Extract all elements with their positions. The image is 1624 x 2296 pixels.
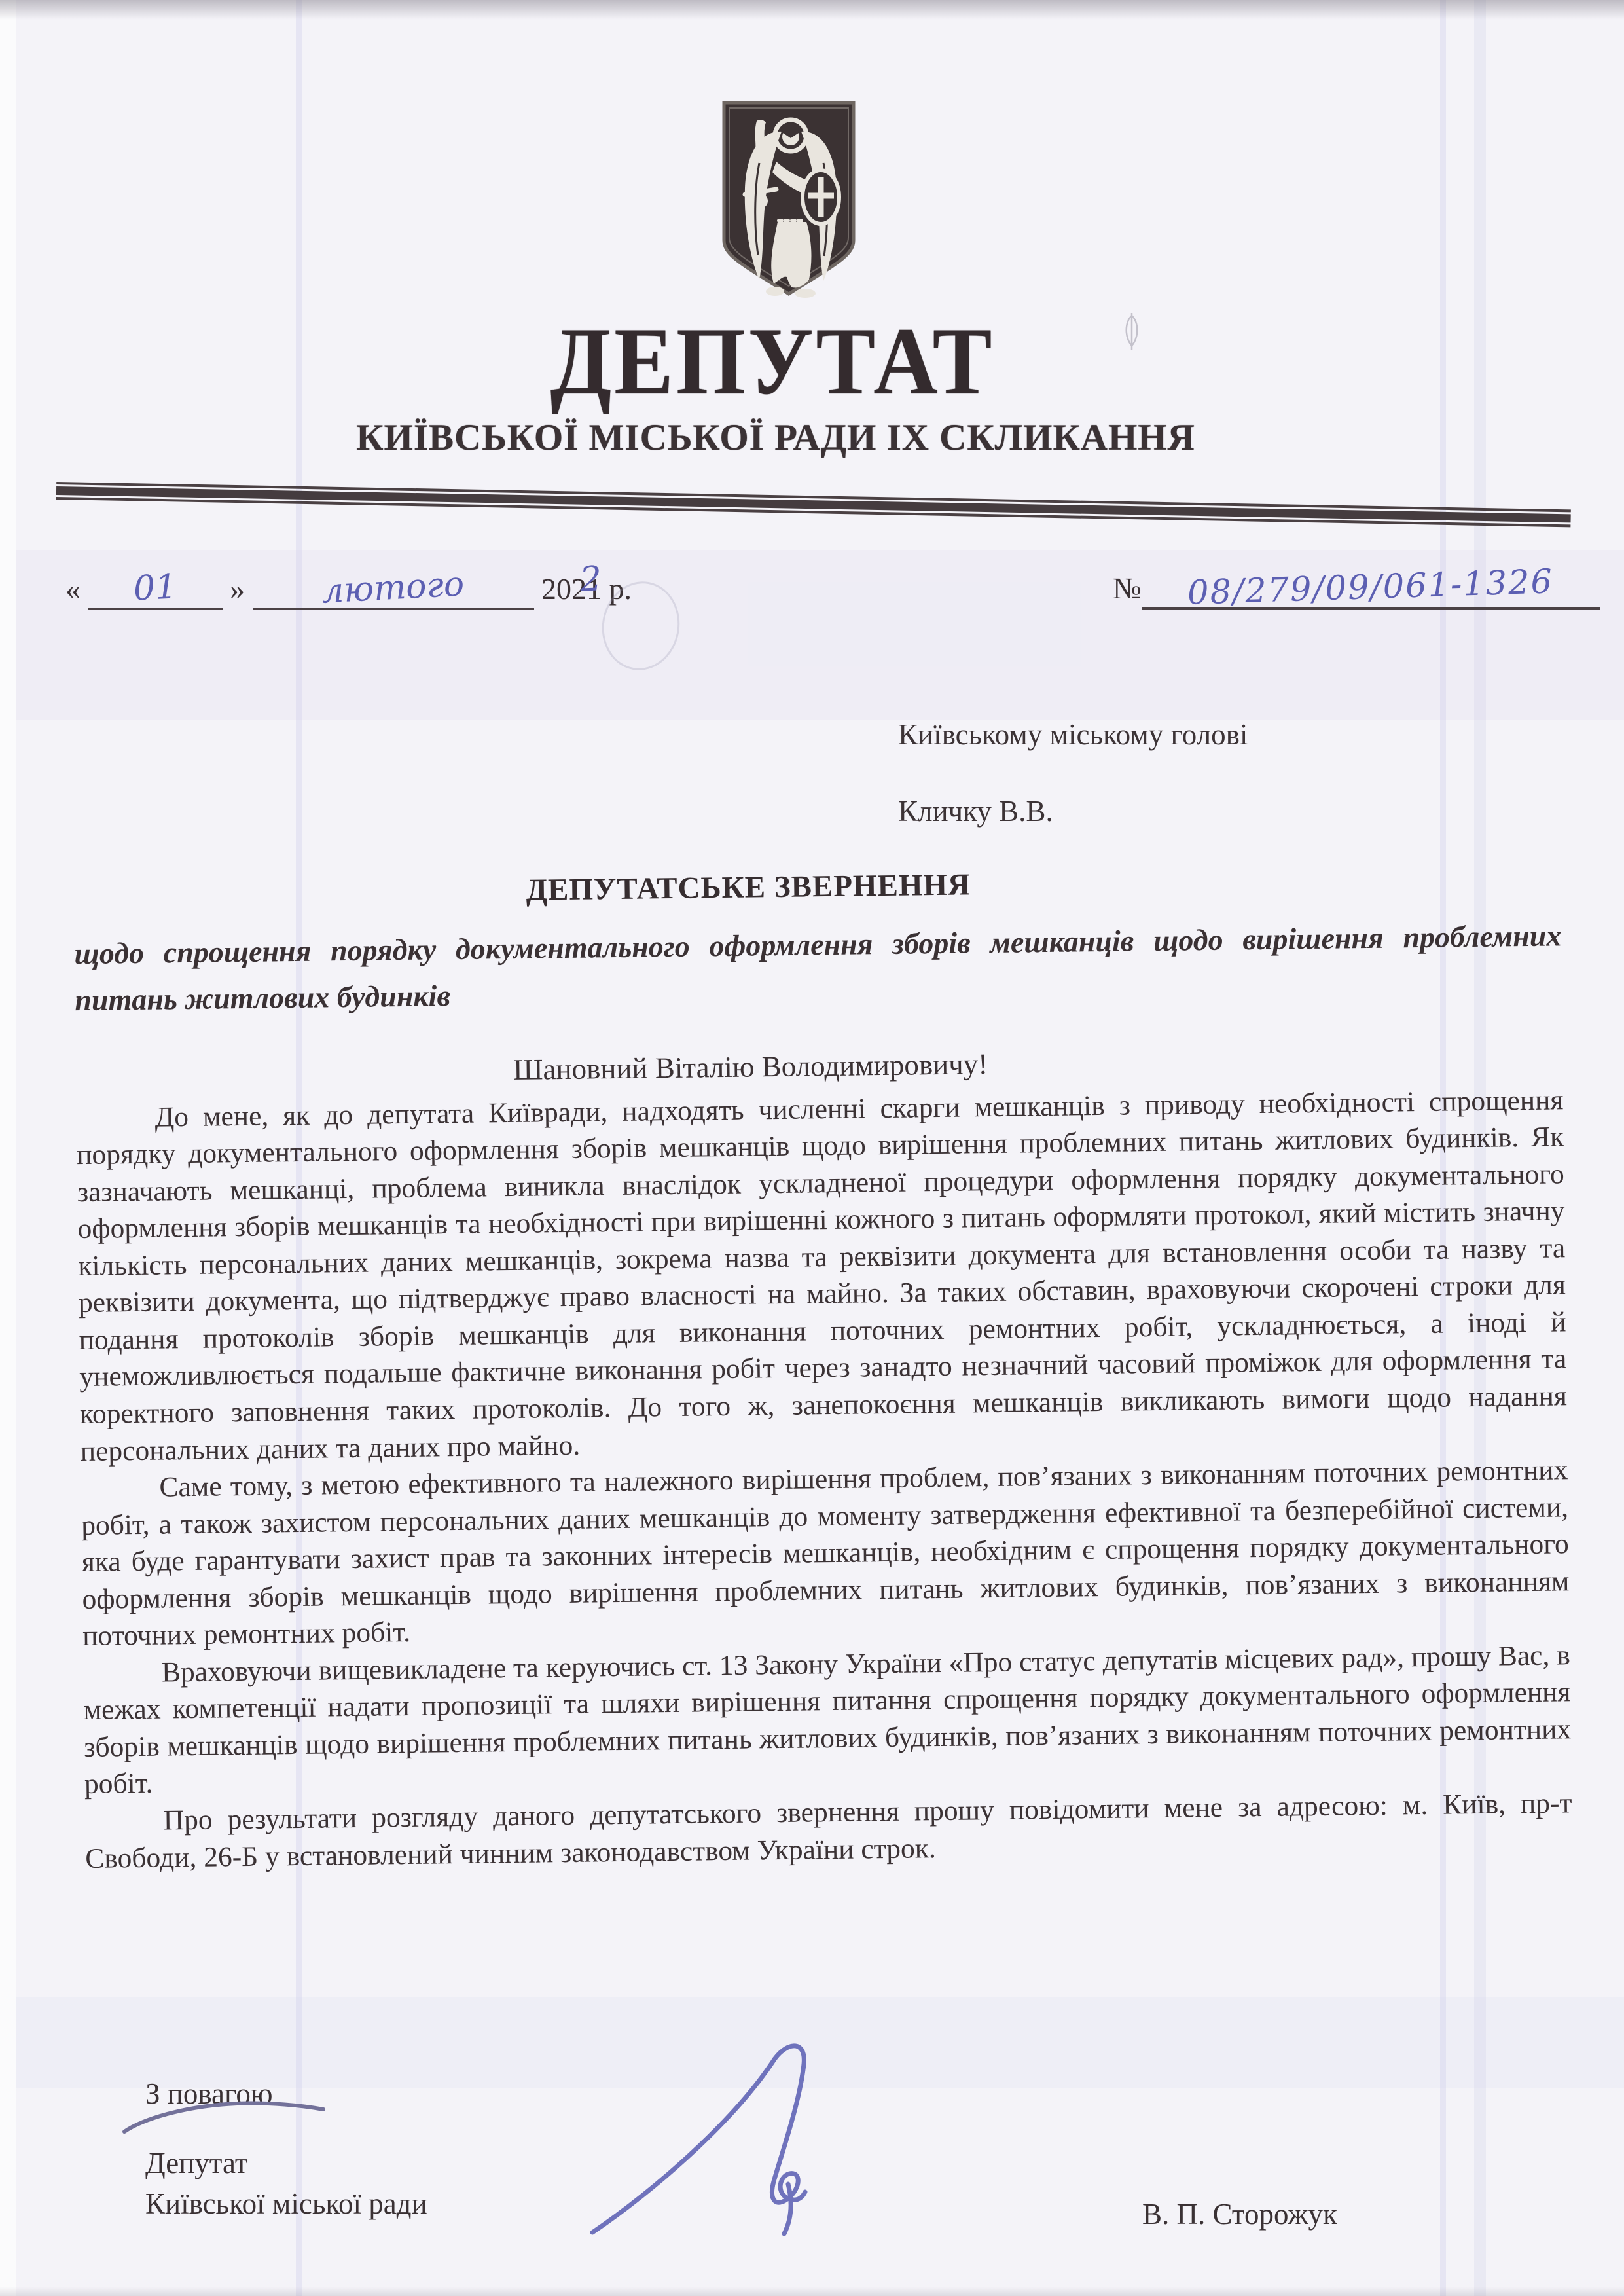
year-last-digit: 12 [586, 572, 602, 606]
open-quote: « [65, 572, 81, 606]
pen-stroke-mark [119, 2095, 329, 2139]
reference-field: 08/279/09/061-1326 [1142, 568, 1600, 610]
month-field: лютого [253, 568, 534, 610]
letterhead-title: ДЕПУТАТ [0, 306, 1545, 416]
scanned-letter-page: ДЕПУТАТ КИЇВСЬКОЇ МІСЬКОЇ РАДИ ІХ СКЛИКА… [0, 0, 1624, 2296]
number-sign: № [1113, 572, 1142, 605]
paragraph: До мене, як до депутата Київради, надход… [76, 1082, 1568, 1470]
pencil-squiggle-artifact [1121, 313, 1143, 353]
reference-number-line: №08/279/09/061-1326 [1113, 568, 1600, 610]
scan-top-shadow [0, 0, 1624, 20]
addressee-position: Київському міському голові [898, 718, 1248, 752]
signer-name: В. П. Сторожук [1142, 2197, 1337, 2231]
letter-body: ДЕПУТАТСЬКЕ ЗВЕРНЕННЯ щодо спрощення пор… [73, 860, 1572, 1877]
day-field: 01 [88, 568, 223, 610]
paragraph: Саме тому, з метою ефективного та належн… [81, 1451, 1570, 1654]
handwritten-reference-number: 08/279/09/061-1326 [1187, 562, 1555, 613]
handwritten-month: лютого [321, 564, 465, 611]
letterhead-rule [56, 482, 1571, 527]
paragraphs: До мене, як до депутата Київради, надход… [76, 1082, 1572, 1877]
scan-bottom-shadow [0, 2287, 1624, 2296]
kyiv-coat-of-arms-icon [719, 97, 859, 301]
handwritten-signature [576, 2035, 916, 2241]
close-quote: » [230, 572, 245, 606]
addressee-name: Кличку В.В. [898, 794, 1248, 828]
signer-position-line1: Депутат [145, 2146, 248, 2180]
document-subject: щодо спрощення порядку документального о… [74, 912, 1562, 1023]
handwritten-year-correction: 2 [579, 559, 602, 600]
paragraph: Враховуючи вищевикладене та керуючись ст… [83, 1637, 1572, 1803]
date-line: « 01 » лютого 20212 р. [65, 568, 632, 610]
letterhead-subtitle: КИЇВСЬКОЇ МІСЬКОЇ РАДИ ІХ СКЛИКАННЯ [0, 416, 1551, 459]
signer-position-line2: Київської міської ради [145, 2187, 427, 2221]
handwritten-day: 01 [132, 567, 177, 608]
addressee-block: Київському міському голові Кличку В.В. [898, 718, 1248, 828]
